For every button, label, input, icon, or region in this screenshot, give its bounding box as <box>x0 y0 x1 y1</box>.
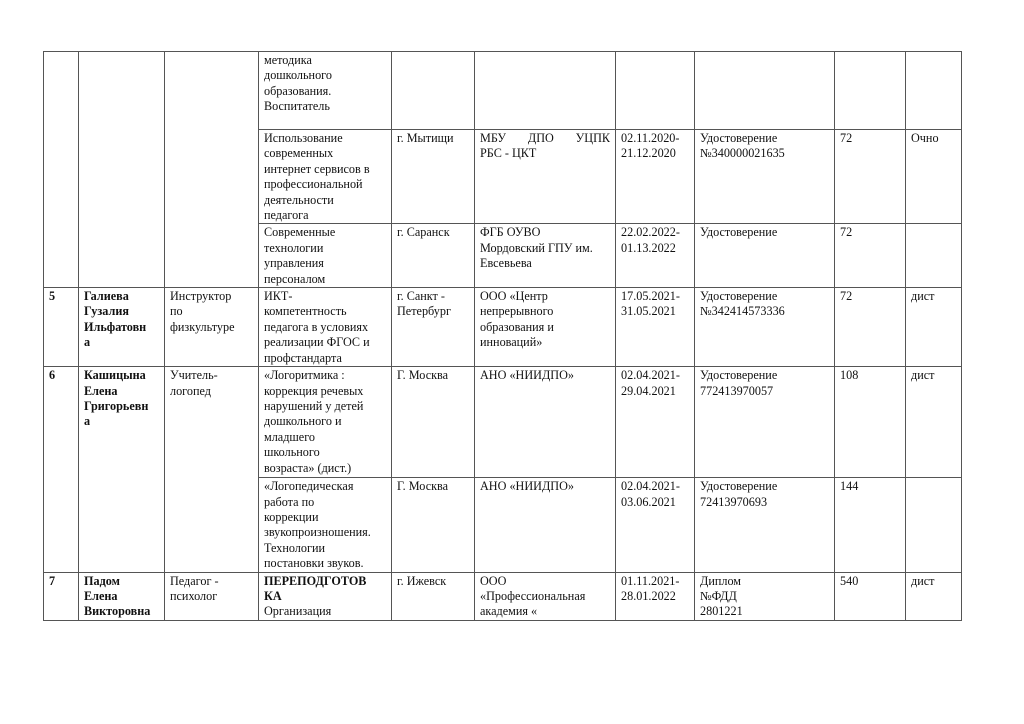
number-cell: 7 <box>44 572 79 620</box>
position-cell <box>165 52 259 288</box>
hours-cell: 72 <box>835 288 906 367</box>
document-cell: Диплом №ФДД 2801221 <box>695 572 835 620</box>
number-cell: 6 <box>44 367 79 572</box>
course-title-text: Организация <box>264 604 386 619</box>
city-cell: Г. Москва <box>392 367 475 478</box>
hours-cell: 540 <box>835 572 906 620</box>
name-cell: Кашицына Елена Григорьевн а <box>79 367 165 572</box>
document-cell: Удостоверение №340000021635 <box>695 130 835 224</box>
form-cell: дист <box>906 367 962 478</box>
position-cell: Инструктор по физкультуре <box>165 288 259 367</box>
table-row: 6 Кашицына Елена Григорьевн а Учитель- л… <box>44 367 962 478</box>
course-title-cell: «Логопедическая работа по коррекции звук… <box>259 478 392 572</box>
hours-cell: 108 <box>835 367 906 478</box>
form-cell: Очно <box>906 130 962 224</box>
table-row: методика дошкольного образования. Воспит… <box>44 52 962 130</box>
dates-cell: 02.04.2021- 03.06.2021 <box>616 478 695 572</box>
dates-cell: 22.02.2022- 01.13.2022 <box>616 224 695 288</box>
hours-cell: 144 <box>835 478 906 572</box>
hours-cell: 72 <box>835 130 906 224</box>
dates-cell: 02.11.2020- 21.12.2020 <box>616 130 695 224</box>
retraining-heading: ПЕРЕПОДГОТОВ КА <box>264 574 386 605</box>
organization-cell: ООО «Центр непрерывного образования и ин… <box>475 288 616 367</box>
number-cell <box>44 52 79 288</box>
course-title-cell: Использование современных интернет серви… <box>259 130 392 224</box>
hours-cell: 72 <box>835 224 906 288</box>
name-cell <box>79 52 165 288</box>
city-cell: Г. Москва <box>392 478 475 572</box>
table-row: 7 Падом Елена Викторовна Педагог - психо… <box>44 572 962 620</box>
city-cell: г. Мытищи <box>392 130 475 224</box>
organization-cell: АНО «НИИДПО» <box>475 367 616 478</box>
city-cell: г. Саранск <box>392 224 475 288</box>
organization-cell: АНО «НИИДПО» <box>475 478 616 572</box>
hours-cell <box>835 52 906 130</box>
dates-cell: 02.04.2021- 29.04.2021 <box>616 367 695 478</box>
position-cell: Учитель- логопед <box>165 367 259 572</box>
position-cell: Педагог - психолог <box>165 572 259 620</box>
form-cell <box>906 224 962 288</box>
name-cell: Падом Елена Викторовна <box>79 572 165 620</box>
form-cell: дист <box>906 288 962 367</box>
city-cell: г. Ижевск <box>392 572 475 620</box>
document-cell: Удостоверение 772413970057 <box>695 367 835 478</box>
dates-cell: 17.05.2021- 31.05.2021 <box>616 288 695 367</box>
name-cell: Галиева Гузалия Ильфатовн а <box>79 288 165 367</box>
organization-cell: МБУ ДПО УЦПКРБС - ЦКТ <box>475 130 616 224</box>
document-cell: Удостоверение <box>695 224 835 288</box>
organization-cell <box>475 52 616 130</box>
training-records-table: методика дошкольного образования. Воспит… <box>43 51 962 621</box>
form-cell <box>906 478 962 572</box>
table-row: 5 Галиева Гузалия Ильфатовн а Инструктор… <box>44 288 962 367</box>
document-cell: Удостоверение 72413970693 <box>695 478 835 572</box>
dates-cell <box>616 52 695 130</box>
course-title-cell: методика дошкольного образования. Воспит… <box>259 52 392 130</box>
organization-cell: ФГБ ОУВО Мордовский ГПУ им. Евсевьева <box>475 224 616 288</box>
course-title-cell: «Логоритмика : коррекция речевых нарушен… <box>259 367 392 478</box>
organization-line-2: РБС - ЦКТ <box>480 146 610 161</box>
form-cell: дист <box>906 572 962 620</box>
form-cell <box>906 52 962 130</box>
organization-cell: ООО «Профессиональная академия « <box>475 572 616 620</box>
city-cell <box>392 52 475 130</box>
document-cell: Удостоверение №342414573336 <box>695 288 835 367</box>
document-cell <box>695 52 835 130</box>
course-title-cell: Современные технологии управления персон… <box>259 224 392 288</box>
course-title-cell: ИКТ- компетентность педагога в условиях … <box>259 288 392 367</box>
city-cell: г. Санкт - Петербург <box>392 288 475 367</box>
dates-cell: 01.11.2021- 28.01.2022 <box>616 572 695 620</box>
course-title-cell: ПЕРЕПОДГОТОВ КА Организация <box>259 572 392 620</box>
number-cell: 5 <box>44 288 79 367</box>
